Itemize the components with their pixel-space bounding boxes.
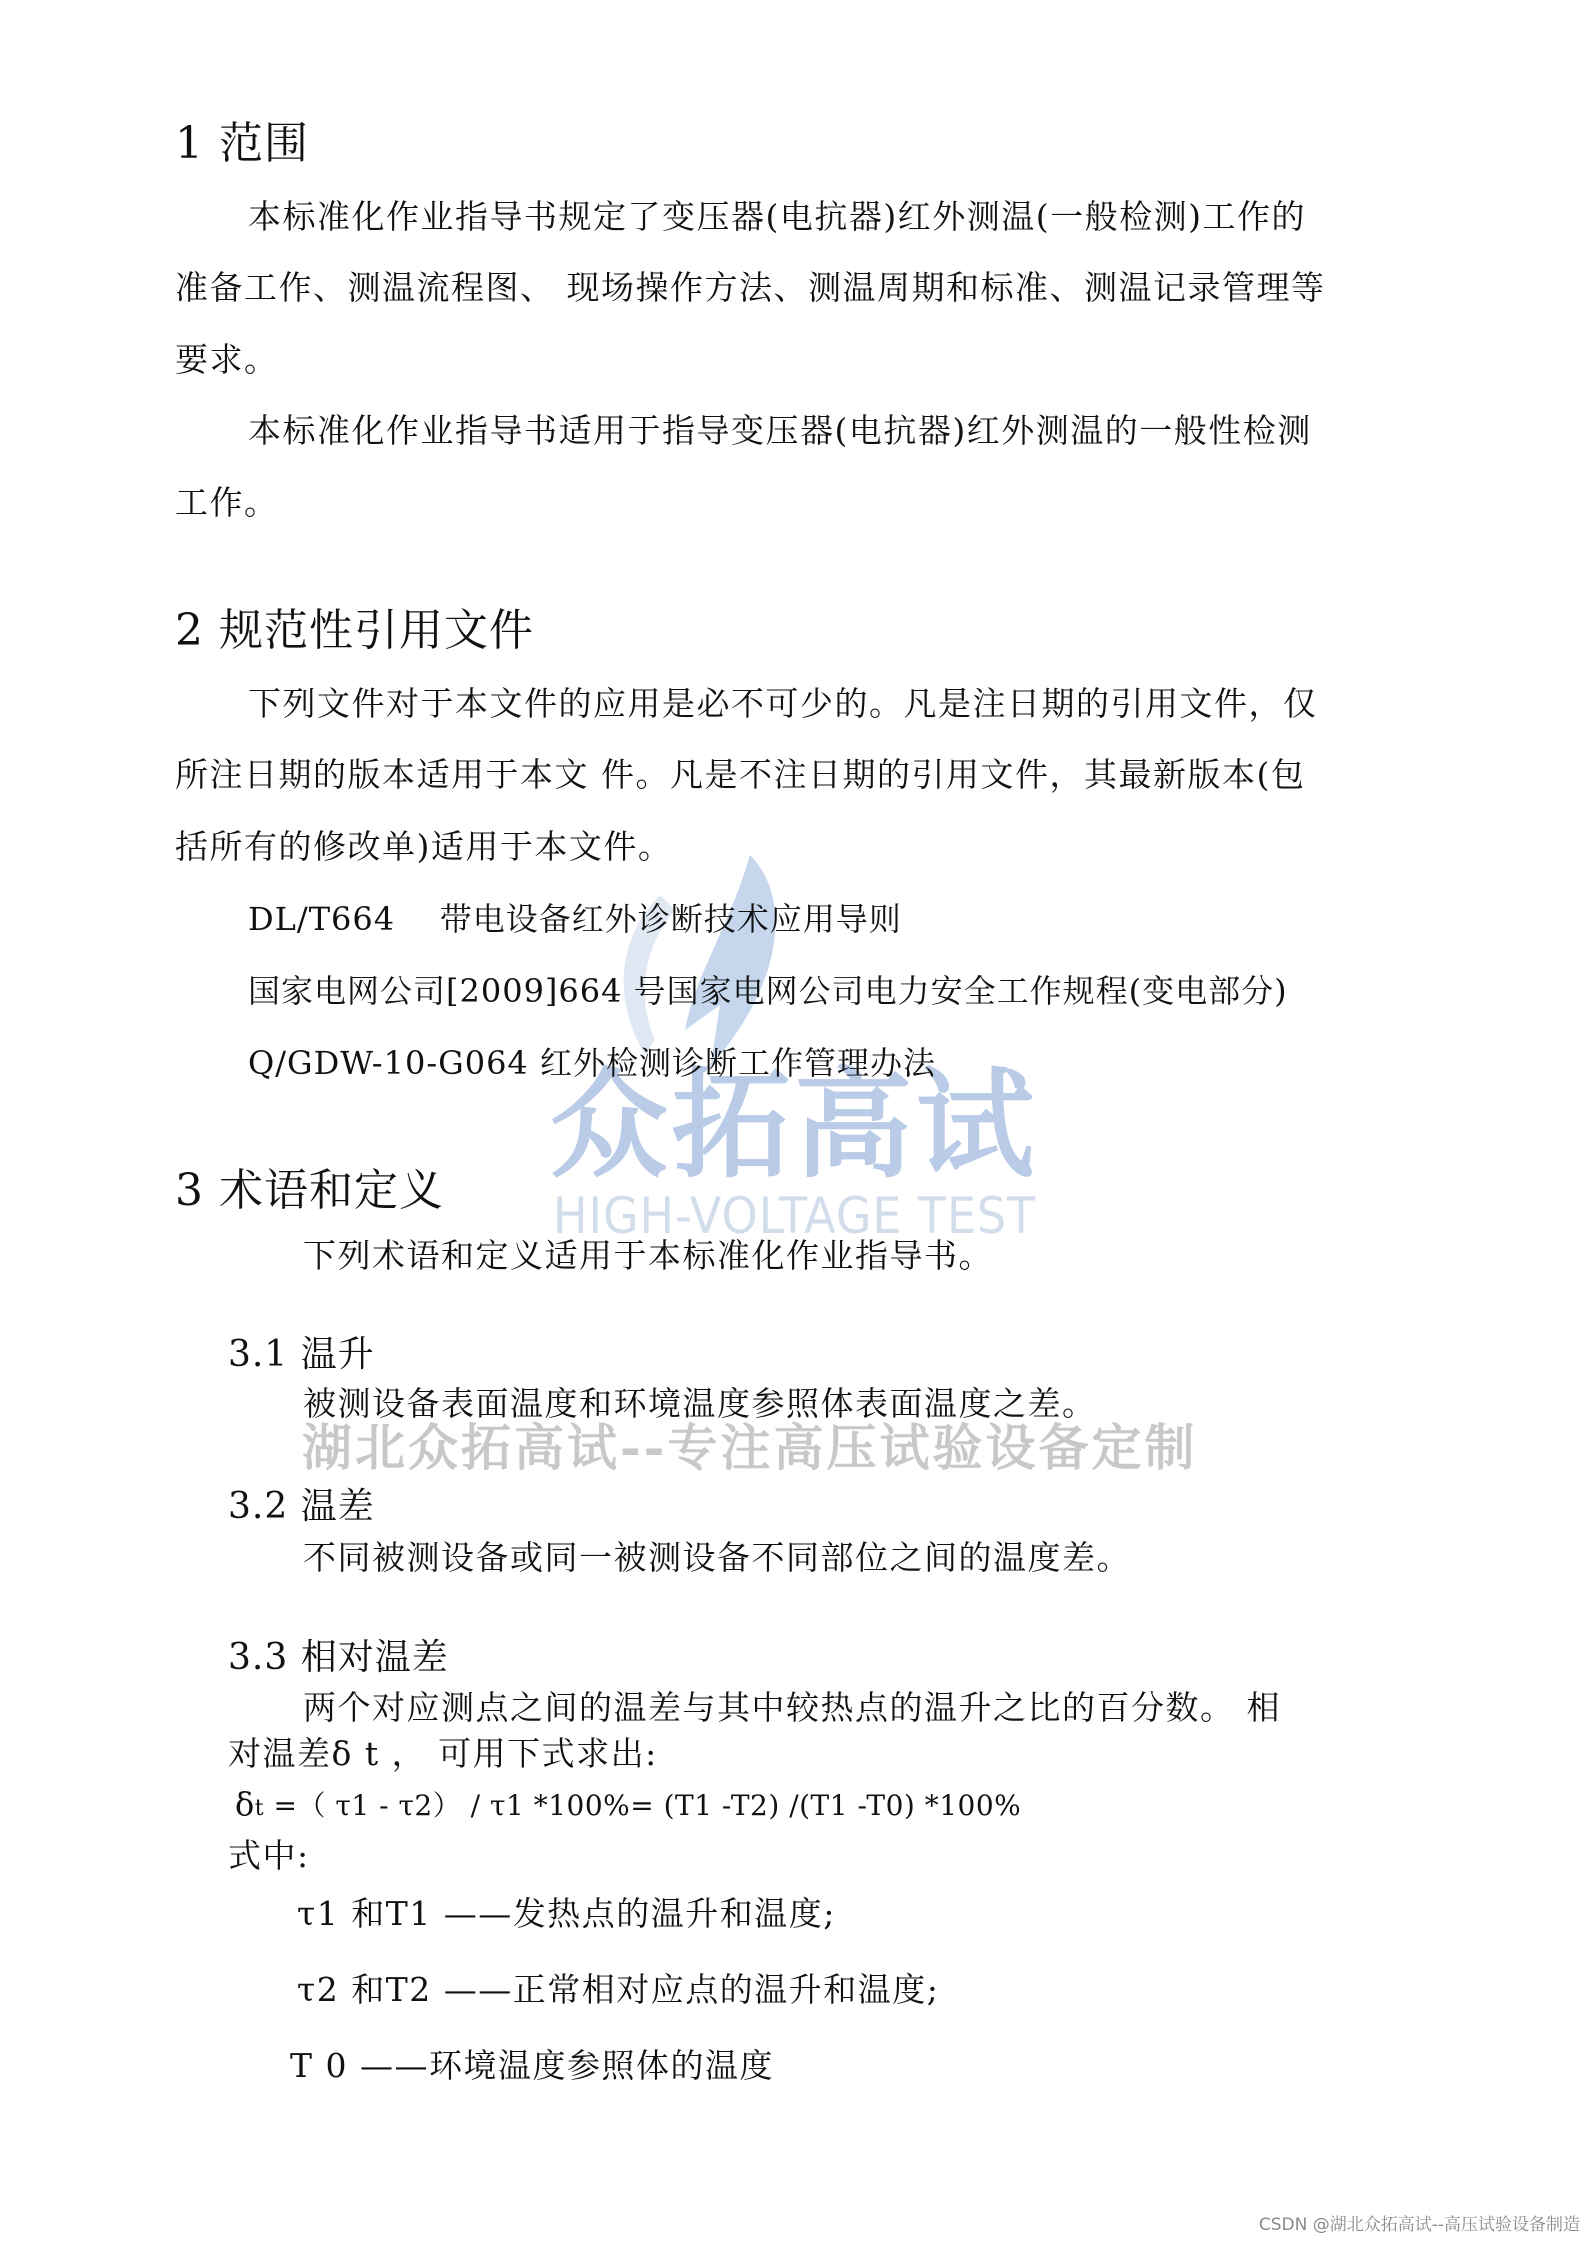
term-3-1-definition: 被测设备表面温度和环境温度参照体表面温度之差。 [303,1384,1097,1424]
term-3-3-definition-line-1: 两个对应测点之间的温差与其中较热点的温升之比的百分数。 相 [303,1688,1281,1728]
relative-temp-diff-formula: δt =（ τ1 - τ2） / τ1 *100%= (T1 -T2) /(T1… [235,1786,1021,1827]
section-2-heading: 2 规范性引用文件 [175,605,534,657]
formula-lhs: δ [235,1785,255,1823]
section-1-para-1-line-1: 本标准化作业指导书规定了变压器(电抗器)红外测温(一般检测)工作的 [248,197,1306,237]
formula-variable: τ2 和T2 ——正常相对应点的温升和温度; [297,1970,939,2010]
formula-where-label: 式中: [228,1836,310,1876]
formula-variable: τ1 和T1 ——发热点的温升和温度; [297,1894,836,1934]
section-3-heading: 3 术语和定义 [175,1165,444,1217]
formula-variable: T 0 ——环境温度参照体的温度 [290,2046,774,2086]
section-3-intro: 下列术语和定义适用于本标准化作业指导书。 [303,1236,993,1276]
section-1-para-1-line-3: 要求。 [175,340,279,380]
formula-lhs-subscript: t [255,1796,264,1821]
section-2-intro-line-2: 所注日期的版本适用于本文 件。凡是不注日期的引用文件，其最新版本(包 [175,755,1305,795]
section-2-intro-line-3: 括所有的修改单)适用于本文件。 [175,827,672,867]
section-1-para-2-line-1: 本标准化作业指导书适用于指导变压器(电抗器)红外测温的一般性检测 [248,411,1312,451]
section-2-intro-line-1: 下列文件对于本文件的应用是必不可少的。凡是注日期的引用文件，仅 [248,684,1318,724]
formula-rhs: =（ τ1 - τ2） / τ1 *100%= (T1 -T2) /(T1 -T… [274,1789,1022,1822]
document-page: 1 范围 本标准化作业指导书规定了变压器(电抗器)红外测温(一般检测)工作的 准… [0,0,1588,2245]
reference-item: Q/GDW-10-G064 红外检测诊断工作管理办法 [248,1043,936,1083]
reference-item: 国家电网公司[2009]664 号国家电网公司电力安全工作规程(变电部分) [248,971,1288,1011]
term-3-1-heading: 3.1 温升 [228,1333,375,1377]
csdn-attribution: CSDN @湖北众拓高试--高压试验设备制造 [1259,2210,1580,2235]
term-3-3-definition-line-2: 对温差δ t ， 可用下式求出: [228,1734,658,1774]
reference-item: DL/T664 带电设备红外诊断技术应用导则 [248,899,902,939]
section-1-para-1-line-2: 准备工作、测温流程图、 现场操作方法、测温周期和标准、测温记录管理等 [175,268,1326,308]
term-3-2-heading: 3.2 温差 [228,1485,375,1529]
term-3-2-definition: 不同被测设备或同一被测设备不同部位之间的温度差。 [303,1538,1131,1578]
term-3-3-heading: 3.3 相对温差 [228,1636,449,1680]
section-1-heading: 1 范围 [175,118,309,170]
section-1-para-2-line-2: 工作。 [175,483,279,523]
